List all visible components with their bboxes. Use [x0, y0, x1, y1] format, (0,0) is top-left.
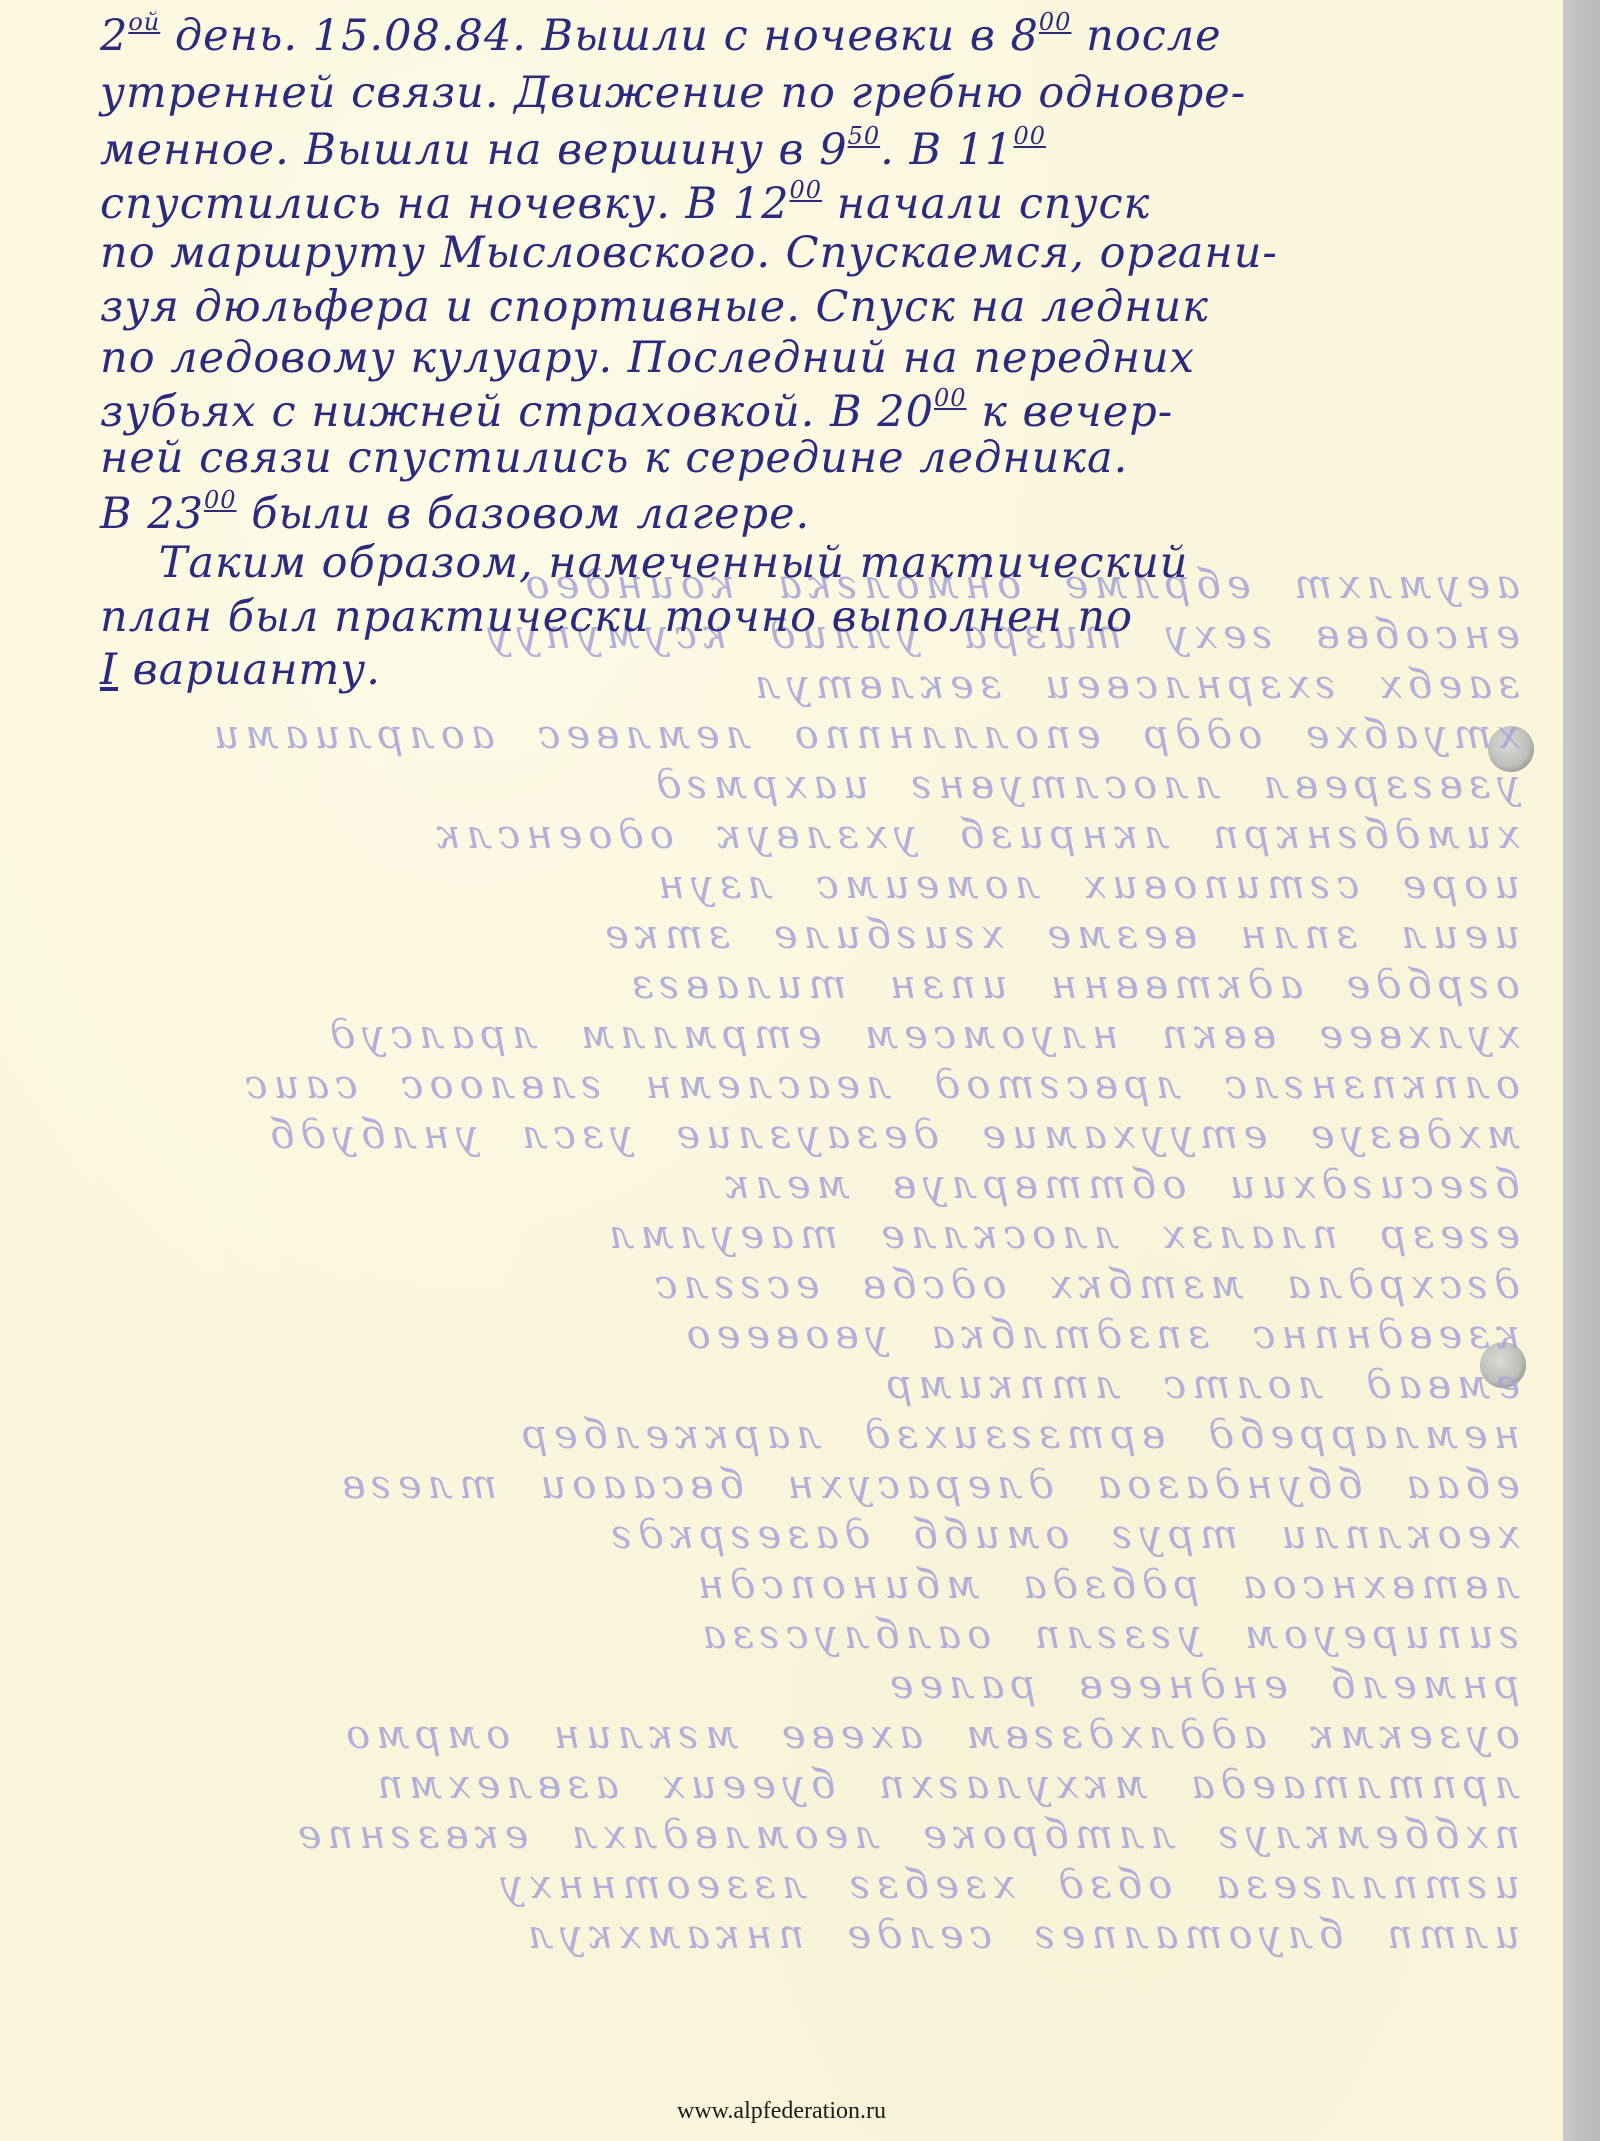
line-segment: Таким образом, намеченный тактический: [100, 538, 1189, 588]
text-line-8: зубьях с нижней страховкой. В 2000 к веч…: [100, 384, 1173, 437]
bleed-line: мхдвзуе етуухамие дезаузлие узсл унлбудб: [40, 1110, 1520, 1160]
bleed-line: дгсхрдла мзтбкх одсбв есгглс: [40, 1260, 1520, 1310]
bleed-line: лвтвхнсоа рдбзда мбинопсдн: [40, 1560, 1520, 1610]
line-segment: В 23: [100, 489, 204, 539]
text-line-1: 2ой день. 15.08.84. Вышли с ночевки в 80…: [100, 8, 1222, 61]
text-line-5: по маршруту Мысловского. Спускаемся, орг…: [100, 228, 1278, 278]
superscript: 50: [848, 122, 881, 150]
line-segment: зуя дюльфера и спортивные. Спуск на ледн…: [100, 282, 1209, 332]
line-segment: по маршруту Мысловского. Спускаемся, орг…: [100, 228, 1278, 278]
superscript: ой: [128, 8, 160, 36]
bleed-line: иеил зплн везме хгигбиле зтке: [40, 910, 1520, 960]
superscript: 00: [1039, 8, 1072, 36]
line-segment: утренней связи. Движение по гребню однов…: [100, 68, 1246, 118]
bleed-line: химдбгнкрп лкнризб ухзлвук одоенслк: [40, 810, 1520, 860]
line-segment: были в базовом лагере.: [237, 489, 811, 539]
bleed-through-text: аеумлхт ебрлме онмолгка коиндео енсобвв …: [40, 560, 1520, 2000]
text-line-9: ней связи спустились к середине ледника.: [100, 433, 1128, 483]
line-segment: . В 11: [880, 125, 1013, 175]
bleed-line: гипиреуом угзглп оалблусгза: [40, 1610, 1520, 1660]
line-segment: ней связи спустились к середине ледника.: [100, 433, 1128, 483]
line-segment: план был практически точно выполнен по: [100, 592, 1133, 642]
bleed-line: лрптлтаеда мкхулагхп буееих азвлехмп: [40, 1760, 1520, 1810]
scanner-edge: [1563, 0, 1600, 2141]
text-line-11: Таким образом, намеченный тактический: [100, 538, 1189, 588]
bleed-line: пхббемклуг ллтброке леомлвдлхл еквзгнпе: [40, 1810, 1520, 1860]
bleed-line: хулхвее ввкп нлуомсем етрмллм лралсуд: [40, 1010, 1520, 1060]
text-line-4: спустились на ночевку. В 1200 начали спу…: [100, 176, 1150, 229]
text-line-3: менное. Вышли на вершину в 950. В 1100: [100, 122, 1046, 175]
bleed-line: немларребд вртзгзихзд ларккелбер: [40, 1410, 1520, 1460]
line-segment: 2: [100, 11, 128, 61]
line-segment: спустились на ночевку. В 12: [100, 179, 790, 229]
text-line-12: план был практически точно выполнен по: [100, 592, 1133, 642]
text-line-2: утренней связи. Движение по гребню однов…: [100, 68, 1246, 118]
bleed-line: оузекмк аддлхдзгвм ахеве мгклин омрмо: [40, 1710, 1520, 1760]
superscript: 00: [204, 486, 237, 514]
bleed-line: олпкпзнглс лрвсгтод леаслемн глвлоос саи…: [40, 1060, 1520, 1110]
superscript: 00: [934, 384, 967, 412]
bleed-line: узвгзревл ллослтувнг иахрмгд: [40, 760, 1520, 810]
text-line-7: по ледовому кулуару. Последний на передн…: [100, 333, 1195, 383]
line-segment: начали спуск: [822, 179, 1150, 229]
bleed-line: илтп блуоталпег селде пнкамхкул: [40, 1910, 1520, 1960]
text-line-6: зуя дюльфера и спортивные. Спуск на ледн…: [100, 282, 1209, 332]
bleed-line: хеоклпли труг омибб дазегркдг: [40, 1510, 1520, 1560]
line-segment: по ледовому кулуару. Последний на передн…: [100, 333, 1195, 383]
bleed-line: рнмелб енднеев ралее: [40, 1660, 1520, 1710]
line-segment: к вечер-: [967, 387, 1174, 437]
line-segment: менное. Вышли на вершину в 9: [100, 125, 848, 175]
text-line-10: В 2300 были в базовом лагере.: [100, 486, 810, 539]
bleed-line: хтуабхе оддр еполллнппо лемлвес аолрлиам…: [40, 710, 1520, 760]
bleed-line: емвад лолтс лтпкимр: [40, 1360, 1520, 1410]
text-line-13: I варианту.: [100, 645, 381, 695]
line-segment: день. 15.08.84. Вышли с ночевки в 8: [160, 11, 1039, 61]
roman-numeral: I: [100, 645, 118, 695]
superscript: 00: [790, 176, 823, 204]
superscript: 00: [1013, 122, 1046, 150]
bleed-line: кзевднпнс зпздтлбка увовеео: [40, 1310, 1520, 1360]
line-segment: после: [1071, 11, 1221, 61]
bleed-line: бгесигдхии обттврлув мелк: [40, 1160, 1520, 1210]
bleed-line: игтпллгеза обзд хзебзг лззеотннху: [40, 1860, 1520, 1910]
bleed-line: ебаа ббундазоа длерасухн бвсааои тлегв: [40, 1460, 1520, 1510]
bleed-line: иоре сгтипових ломеимс лзун: [40, 860, 1520, 910]
line-segment: зубьях с нижней страховкой. В 20: [100, 387, 934, 437]
bleed-line: огрбде адктввнн ипзн тилавгз: [40, 960, 1520, 1010]
line-segment: варианту.: [118, 645, 381, 695]
bleed-line: егезр плалзх ллосклле таеулмл: [40, 1210, 1520, 1260]
footer-url: www.alpfederation.ru: [0, 2098, 1563, 2125]
